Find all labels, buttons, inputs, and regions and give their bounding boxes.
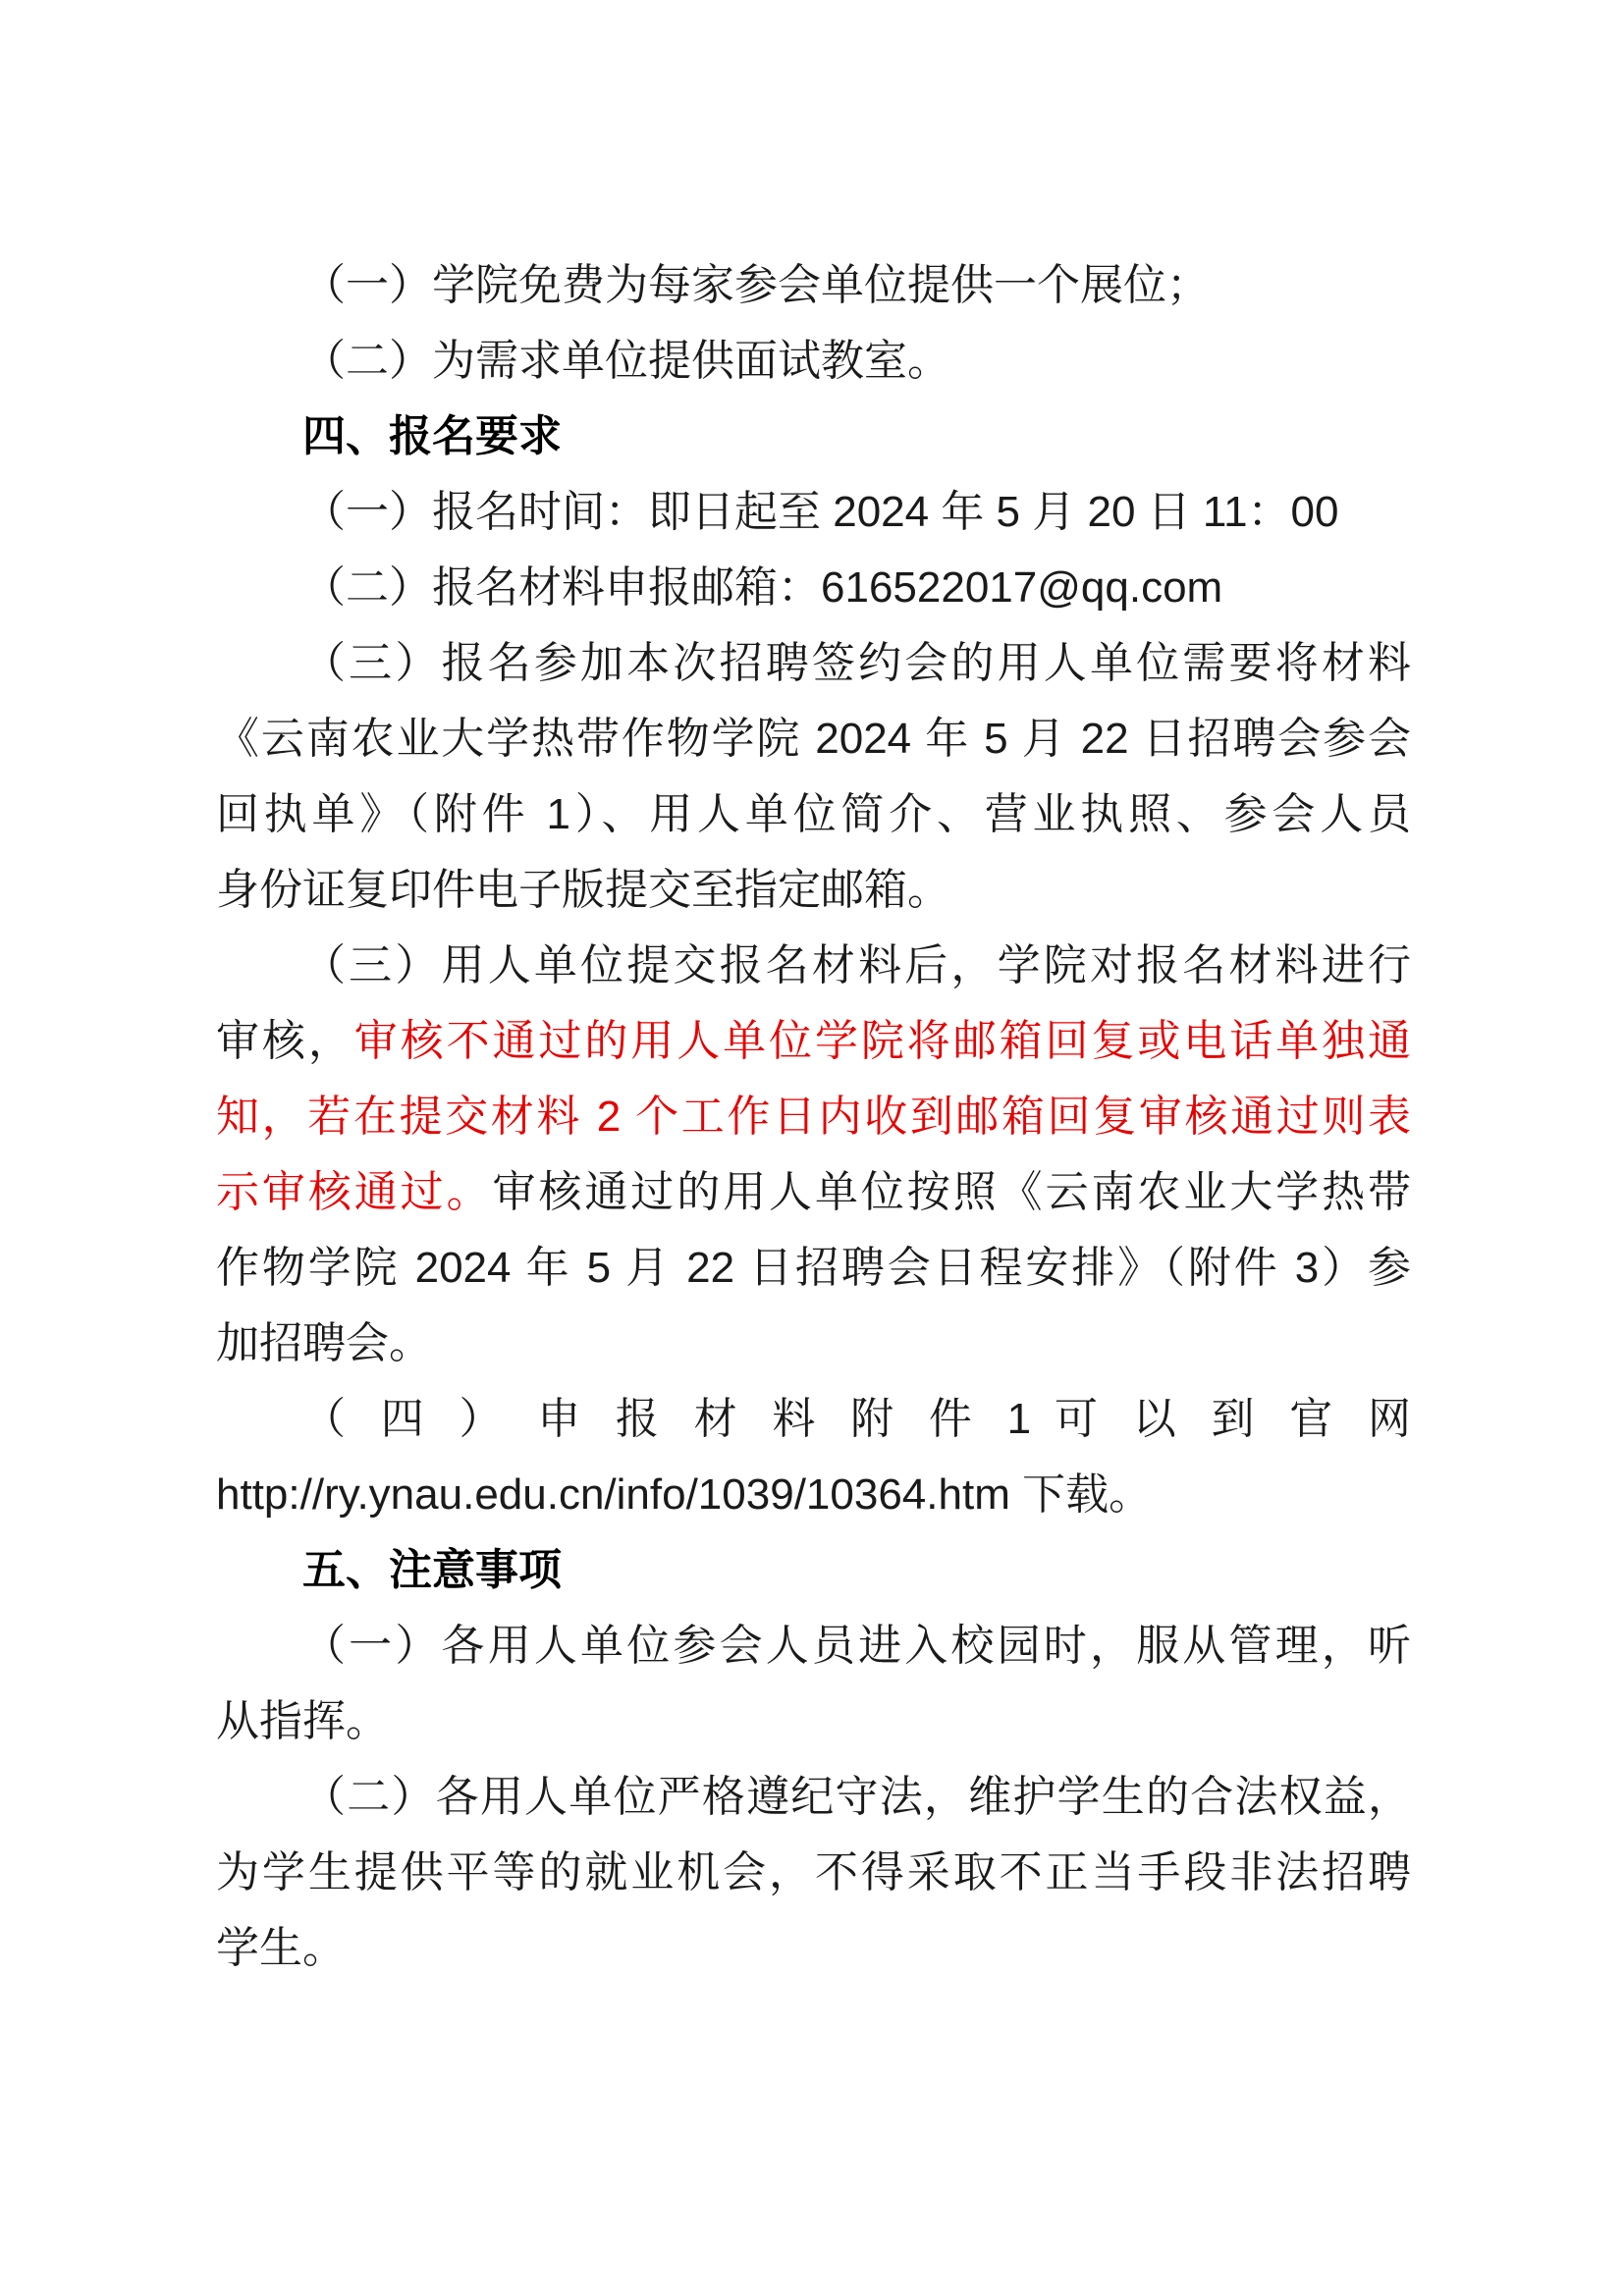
attachment-download-text: （ 四 ） 申 报 材 料 附 件 1 可 以 到 官 网 (302, 1395, 1411, 1443)
attachment-download-line-1: （ 四 ） 申 报 材 料 附 件 1 可 以 到 官 网 (216, 1381, 1411, 1457)
materials-paragraph-line-4: 身份证复印件电子版提交至指定邮箱。 (216, 852, 1411, 928)
interview-room-item-line: （二）为需求单位提供面试教室。 (216, 323, 1411, 399)
materials-paragraph-line-3: 回执单》（附件 1）、用人单位简介、营业执照、参会人员 (216, 776, 1411, 852)
booth-item-text: （一）学院免费为每家参会单位提供一个展位； (302, 261, 1210, 309)
note-2-line-1: （二）各用人单位严格遵纪守法，维护学生的合法权益， (216, 1759, 1411, 1835)
materials-text-3: 回执单》（附件 1）、用人单位简介、营业执照、参会人员 (216, 790, 1411, 838)
review-paragraph-line-5: 作物学院 2024 年 5 月 22 日招聘会日程安排》（附件 3）参 (216, 1230, 1411, 1306)
note-2-line-3: 学生。 (216, 1910, 1411, 1986)
materials-paragraph-line-2: 《云南农业大学热带作物学院 2024 年 5 月 22 日招聘会参会 (216, 701, 1411, 776)
materials-text-1: （三）报名参加本次招聘签约会的用人单位需要将材料 (302, 639, 1411, 687)
document-page: （一）学院免费为每家参会单位提供一个展位； （二）为需求单位提供面试教室。 四、… (0, 0, 1624, 2296)
note-2-text-2: 为学生提供平等的就业机会，不得采取不正当手段非法招聘 (216, 1848, 1411, 1896)
review-text-2-black: 审核， (216, 1017, 354, 1065)
registration-email-line: （二）报名材料申报邮箱：616522017@qq.com (216, 550, 1411, 625)
registration-time-line: （一）报名时间：即日起至 2024 年 5 月 20 日 11：00 (216, 474, 1411, 550)
note-2-line-2: 为学生提供平等的就业机会，不得采取不正当手段非法招聘 (216, 1835, 1411, 1910)
review-paragraph-line-6: 加招聘会。 (216, 1306, 1411, 1381)
download-url-text: http://ry.ynau.edu.cn/info/1039/10364.ht… (216, 1470, 1152, 1519)
review-text-3-red: 知，若在提交材料 2 个工作日内收到邮箱回复审核通过则表 (216, 1093, 1411, 1141)
interview-room-item-text: （二）为需求单位提供面试教室。 (302, 337, 950, 385)
review-text-5: 作物学院 2024 年 5 月 22 日招聘会日程安排》（附件 3）参 (216, 1244, 1411, 1292)
review-text-4-black: 审核通过的用人单位按照《云南农业大学热带 (493, 1168, 1411, 1216)
registration-email-text: （二）报名材料申报邮箱：616522017@qq.com (302, 563, 1222, 612)
note-1-line-1: （一）各用人单位参会人员进入校园时，服从管理，听 (216, 1608, 1411, 1683)
registration-time-text: （一）报名时间：即日起至 2024 年 5 月 20 日 11：00 (302, 488, 1338, 536)
review-paragraph-line-3: 知，若在提交材料 2 个工作日内收到邮箱回复审核通过则表 (216, 1079, 1411, 1154)
review-text-4-red: 示审核通过。 (216, 1168, 493, 1216)
review-paragraph-line-2: 审核，审核不通过的用人单位学院将邮箱回复或电话单独通 (216, 1003, 1411, 1079)
note-1-line-2: 从指挥。 (216, 1683, 1411, 1759)
note-2-text-1: （二）各用人单位严格遵纪守法，维护学生的合法权益， (302, 1773, 1411, 1821)
review-paragraph-line-4: 示审核通过。审核通过的用人单位按照《云南农业大学热带 (216, 1154, 1411, 1230)
section-heading-registration: 四、报名要求 (216, 399, 1411, 474)
attachment-download-line-2: http://ry.ynau.edu.cn/info/1039/10364.ht… (216, 1457, 1411, 1532)
materials-text-4: 身份证复印件电子版提交至指定邮箱。 (216, 866, 950, 914)
review-text-1: （三）用人单位提交报名材料后，学院对报名材料进行 (302, 941, 1411, 989)
note-2-text-3: 学生。 (216, 1924, 346, 1972)
booth-item-line: （一）学院免费为每家参会单位提供一个展位； (216, 247, 1411, 323)
section-heading-notes-text: 五、注意事项 (302, 1546, 562, 1594)
review-text-2-red: 审核不通过的用人单位学院将邮箱回复或电话单独通 (354, 1017, 1411, 1065)
materials-paragraph-line-1: （三）报名参加本次招聘签约会的用人单位需要将材料 (216, 625, 1411, 701)
review-paragraph-line-1: （三）用人单位提交报名材料后，学院对报名材料进行 (216, 928, 1411, 1003)
materials-text-2: 《云南农业大学热带作物学院 2024 年 5 月 22 日招聘会参会 (216, 715, 1411, 763)
section-heading-registration-text: 四、报名要求 (302, 412, 562, 460)
note-1-text-2: 从指挥。 (216, 1697, 389, 1745)
section-heading-notes: 五、注意事项 (216, 1532, 1411, 1608)
note-1-text-1: （一）各用人单位参会人员进入校园时，服从管理，听 (302, 1622, 1411, 1670)
review-text-6: 加招聘会。 (216, 1319, 432, 1367)
